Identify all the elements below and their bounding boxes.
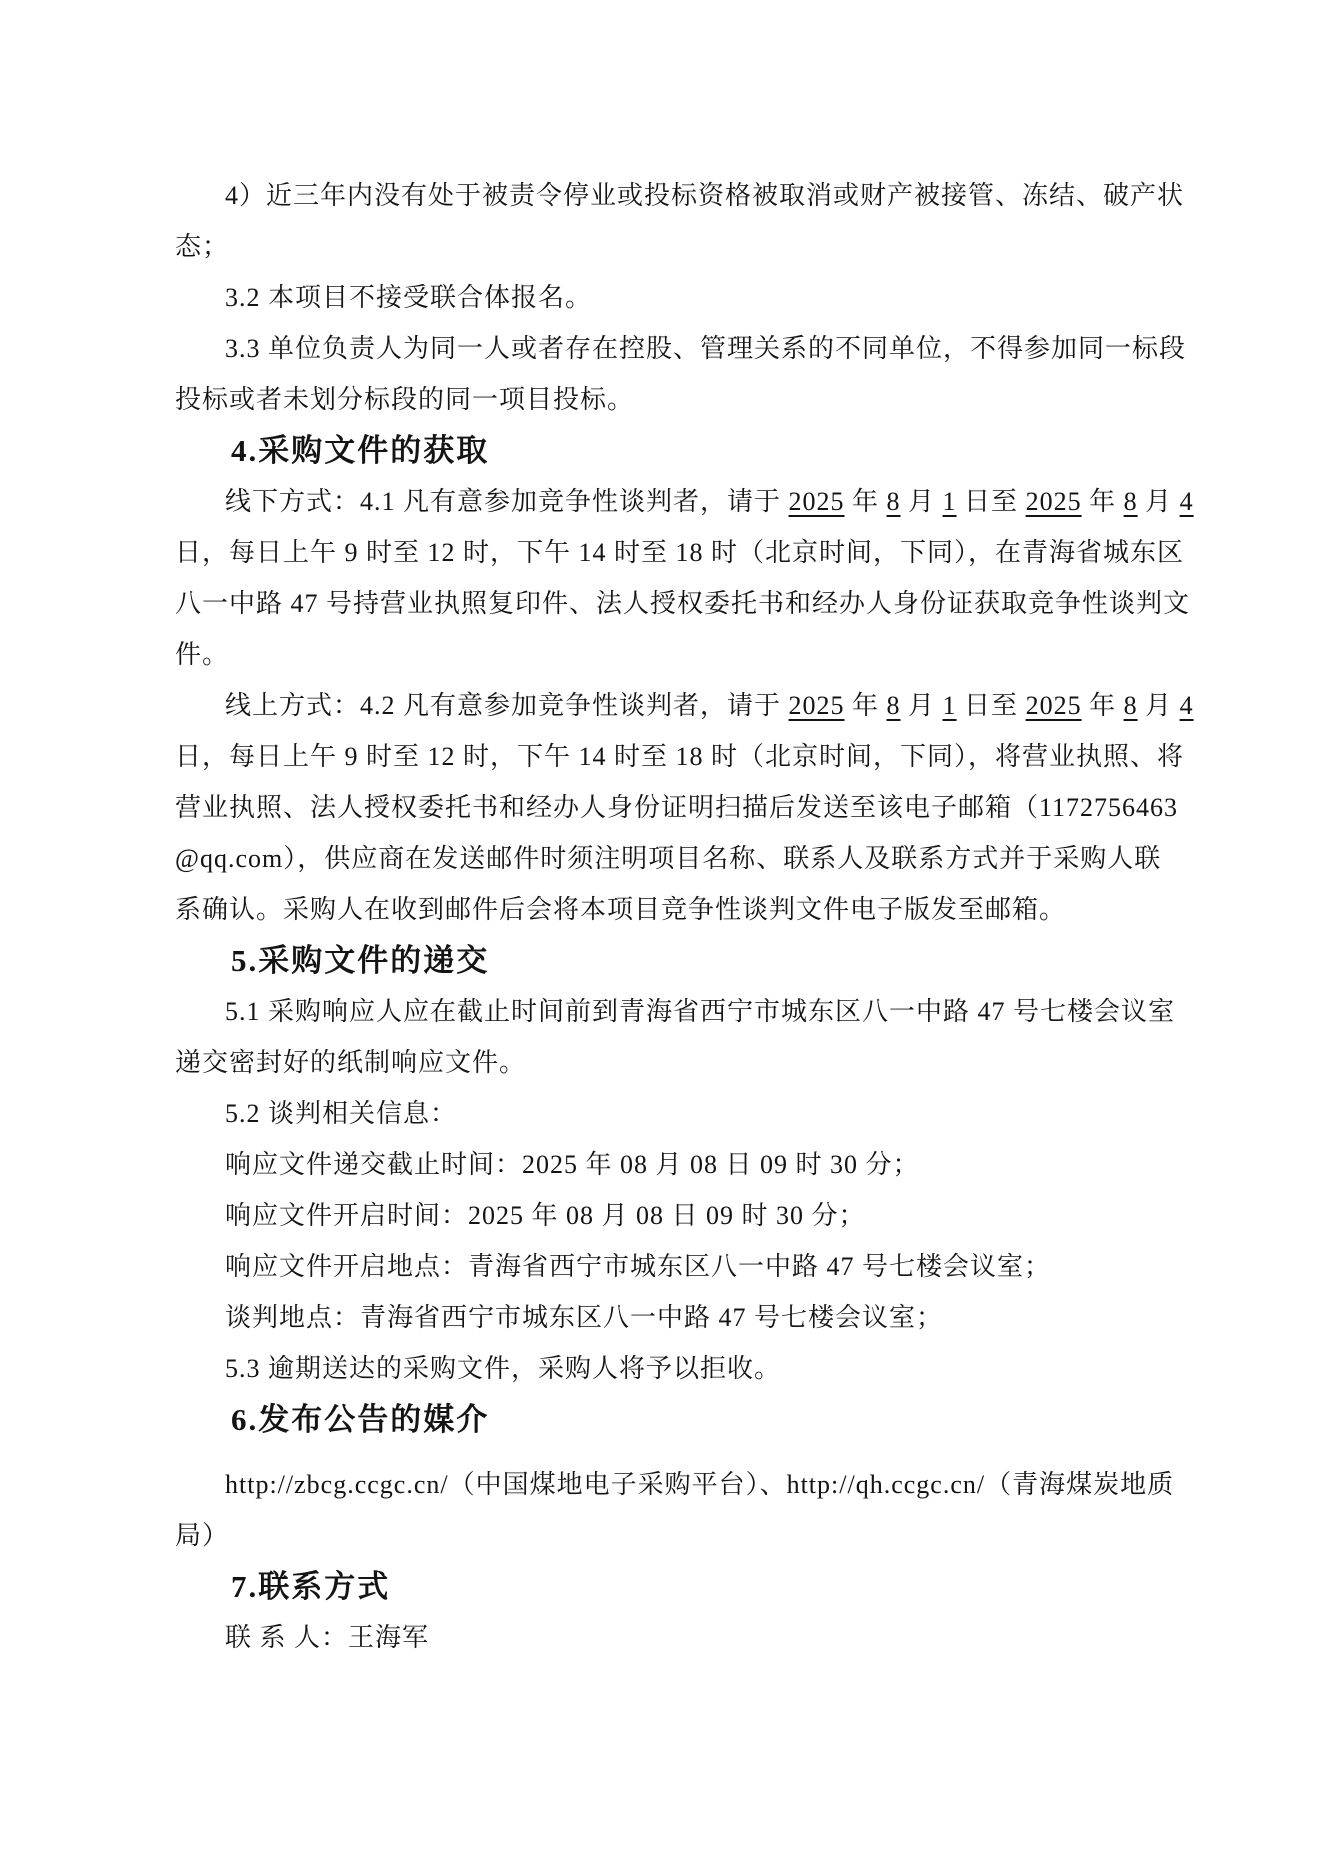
online-date-month-2: 8 bbox=[1124, 691, 1138, 720]
offline-date-month-1: 8 bbox=[887, 487, 901, 516]
negotiation-place: 谈判地点：青海省西宁市城东区八一中路 47 号七楼会议室； bbox=[175, 1292, 1142, 1343]
announcement-media-line-1: http://zbcg.ccgc.cn/（中国煤地电子采购平台）、http://… bbox=[175, 1459, 1142, 1510]
clause-4-line-2: 态； bbox=[175, 221, 1142, 272]
heading-section-6: 6.发布公告的媒介 bbox=[175, 1394, 1142, 1445]
online-text-segment: 年 bbox=[1082, 691, 1124, 720]
clause-5-1-line-2: 递交密封好的纸制响应文件。 bbox=[175, 1037, 1142, 1088]
offline-text-segment: 月 bbox=[1138, 487, 1180, 516]
online-date-day-2: 4 bbox=[1180, 691, 1194, 720]
offline-method-line-2: 日，每日上午 9 时至 12 时，下午 14 时至 18 时（北京时间，下同），… bbox=[175, 527, 1142, 578]
offline-date-year-1: 2025 bbox=[789, 487, 845, 516]
clause-3-2: 3.2 本项目不接受联合体报名。 bbox=[175, 272, 1142, 323]
online-date-day-1: 1 bbox=[943, 691, 957, 720]
clause-3-3-line-2: 投标或者未划分标段的同一项目投标。 bbox=[175, 374, 1142, 425]
heading-section-7: 7.联系方式 bbox=[175, 1561, 1142, 1612]
offline-text-segment: 年 bbox=[845, 487, 887, 516]
offline-date-day-1: 1 bbox=[943, 487, 957, 516]
heading-section-4: 4.采购文件的获取 bbox=[175, 425, 1142, 476]
contact-person: 联 系 人：王海军 bbox=[175, 1612, 1142, 1663]
offline-text-segment: 日至 bbox=[957, 487, 1026, 516]
response-open-place: 响应文件开启地点：青海省西宁市城东区八一中路 47 号七楼会议室； bbox=[175, 1241, 1142, 1292]
clause-5-2: 5.2 谈判相关信息： bbox=[175, 1088, 1142, 1139]
online-method-line-3: 营业执照、法人授权委托书和经办人身份证明扫描后发送至该电子邮箱（11727564… bbox=[175, 782, 1142, 833]
announcement-media-line-2: 局） bbox=[175, 1510, 1142, 1561]
response-open-time: 响应文件开启时间：2025 年 08 月 08 日 09 时 30 分； bbox=[175, 1190, 1142, 1241]
online-text-segment: 线上方式：4.2 凡有意参加竞争性谈判者，请于 bbox=[225, 691, 789, 720]
online-text-segment: 日至 bbox=[957, 691, 1026, 720]
document-page: 4）近三年内没有处于被责令停业或投标资格被取消或财产被接管、冻结、破产状 态； … bbox=[0, 0, 1322, 1871]
offline-method-line-1: 线下方式：4.1 凡有意参加竞争性谈判者，请于 2025 年 8 月 1 日至 … bbox=[175, 476, 1142, 527]
clause-3-3-line-1: 3.3 单位负责人为同一人或者存在控股、管理关系的不同单位，不得参加同一标段 bbox=[175, 323, 1142, 374]
response-deadline: 响应文件递交截止时间：2025 年 08 月 08 日 09 时 30 分； bbox=[175, 1139, 1142, 1190]
offline-text-segment: 月 bbox=[901, 487, 943, 516]
offline-date-day-2: 4 bbox=[1180, 487, 1194, 516]
online-method-line-1: 线上方式：4.2 凡有意参加竞争性谈判者，请于 2025 年 8 月 1 日至 … bbox=[175, 680, 1142, 731]
offline-date-month-2: 8 bbox=[1124, 487, 1138, 516]
offline-method-line-3: 八一中路 47 号持营业执照复印件、法人授权委托书和经办人身份证获取竞争性谈判文 bbox=[175, 578, 1142, 629]
online-text-segment: 月 bbox=[901, 691, 943, 720]
online-text-segment: 月 bbox=[1138, 691, 1180, 720]
clause-4-line-1: 4）近三年内没有处于被责令停业或投标资格被取消或财产被接管、冻结、破产状 bbox=[175, 170, 1142, 221]
online-method-line-4: @qq.com），供应商在发送邮件时须注明项目名称、联系人及联系方式并于采购人联 bbox=[175, 833, 1142, 884]
online-date-month-1: 8 bbox=[887, 691, 901, 720]
online-text-segment: 年 bbox=[845, 691, 887, 720]
heading-section-5: 5.采购文件的递交 bbox=[175, 935, 1142, 986]
online-date-year-1: 2025 bbox=[789, 691, 845, 720]
offline-method-line-4: 件。 bbox=[175, 629, 1142, 680]
offline-date-year-2: 2025 bbox=[1026, 487, 1082, 516]
offline-text-segment: 线下方式：4.1 凡有意参加竞争性谈判者，请于 bbox=[225, 487, 789, 516]
online-method-line-2: 日，每日上午 9 时至 12 时，下午 14 时至 18 时（北京时间，下同），… bbox=[175, 731, 1142, 782]
clause-5-1-line-1: 5.1 采购响应人应在截止时间前到青海省西宁市城东区八一中路 47 号七楼会议室 bbox=[175, 986, 1142, 1037]
offline-text-segment: 年 bbox=[1082, 487, 1124, 516]
online-method-line-5: 系确认。采购人在收到邮件后会将本项目竞争性谈判文件电子版发至邮箱。 bbox=[175, 884, 1142, 935]
clause-5-3: 5.3 逾期送达的采购文件，采购人将予以拒收。 bbox=[175, 1343, 1142, 1394]
online-date-year-2: 2025 bbox=[1026, 691, 1082, 720]
